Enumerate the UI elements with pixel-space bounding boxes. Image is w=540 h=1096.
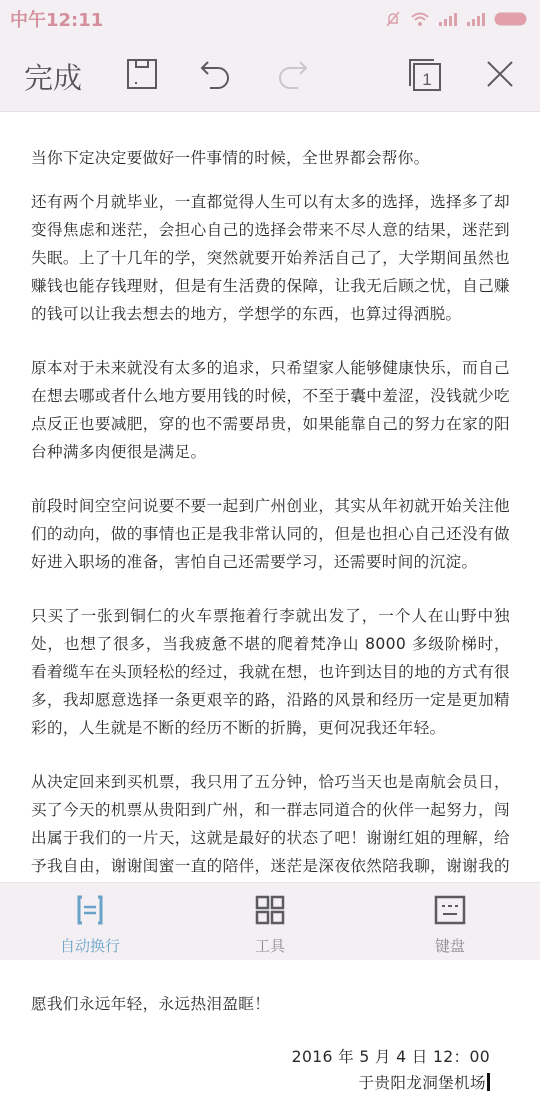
paragraph: 前段时间空空问说要不要一起到广州创业，其实从年初就开始关注他们的动向，做的事情也… — [31, 492, 510, 576]
signal-icon — [466, 12, 486, 26]
status-bar: 中午12:11 — [0, 0, 540, 38]
keyboard-label: 键盘 — [435, 935, 465, 956]
tools-label: 工具 — [255, 935, 285, 956]
text-editor[interactable]: 当你下定决定要做好一件事情的时候，全世界都会帮你。 还有两个月就毕业，一直都觉得… — [0, 112, 540, 882]
grid-tools-icon — [255, 895, 285, 929]
keyboard-button[interactable]: 键盘 — [360, 883, 540, 960]
paragraph: 还有两个月就毕业，一直都觉得人生可以有太多的选择，选择多了却变得焦虑和迷茫，会担… — [31, 188, 510, 328]
tools-button[interactable]: 工具 — [180, 883, 360, 960]
status-time: 中午12:11 — [10, 6, 103, 32]
battery-icon — [494, 11, 528, 27]
close-icon[interactable] — [486, 60, 514, 92]
bottom-bar: 自动换行 工具 键盘 — [0, 882, 540, 960]
editor-toolbar: 完成 1 — [0, 38, 540, 112]
status-icons — [384, 10, 528, 28]
paragraph: 原本对于未来就没有太多的追求，只希望家人能够健康快乐，而自己在想去哪或者什么地方… — [31, 354, 510, 466]
undo-icon[interactable] — [198, 58, 236, 96]
paragraph: 当你下定决定要做好一件事情的时候，全世界都会帮你。 — [31, 144, 510, 172]
pages-icon[interactable]: 1 — [408, 58, 444, 96]
done-button[interactable]: 完成 — [24, 56, 82, 97]
word-wrap-icon — [75, 895, 105, 929]
signal-icon — [438, 12, 458, 26]
mute-bell-icon — [384, 10, 402, 28]
word-wrap-button[interactable]: 自动换行 — [0, 883, 180, 960]
wifi-icon — [410, 11, 430, 27]
word-wrap-label: 自动换行 — [60, 935, 120, 956]
save-icon[interactable] — [126, 58, 158, 94]
paragraph: 只买了一张到铜仁的火车票拖着行李就出发了，一个人在山野中独处，也想了很多，当我疲… — [31, 602, 510, 742]
keyboard-icon — [434, 895, 466, 929]
page-number: 1 — [422, 70, 431, 89]
redo-icon[interactable] — [272, 58, 310, 96]
